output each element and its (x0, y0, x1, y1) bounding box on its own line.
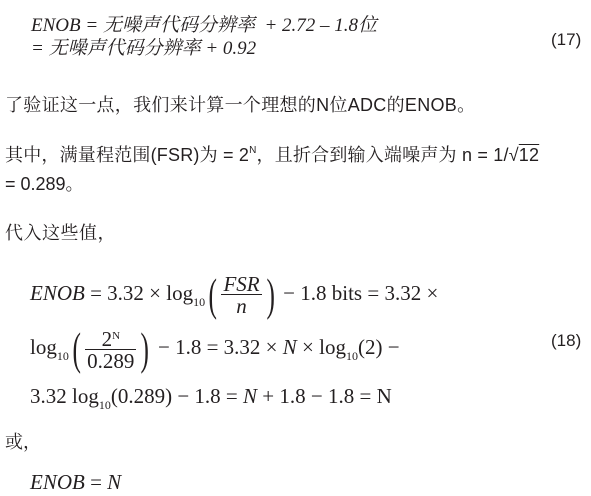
noise-free-code-resolution: 无噪声代码分辨率 (49, 38, 201, 59)
equation-number-17: (17) (551, 30, 581, 50)
right-paren: ) (141, 326, 149, 372)
paragraph-verify: 了验证这一点，我们来计算一个理想的N位ADC的ENOB。 (5, 94, 475, 116)
paragraph-substitute: 代入这些值， (5, 222, 116, 244)
left-paren: ( (72, 326, 80, 372)
paragraph-or: 或， (5, 431, 41, 453)
left-paren: ( (209, 272, 217, 318)
paragraph-fsr-line-1: 其中，满量程范围(FSR)为 = 2N，且折合到输入端噪声为 n = 1/√12 (5, 140, 539, 166)
equation-18-line-1: ENOB = 3.32 × log10(FSRn) − 1.8 bits = 3… (30, 272, 438, 318)
noise-free-code-resolution: 无噪声代码分辨率 (103, 15, 255, 36)
equation-17-line-2: = 无噪声代码分辨率 + 0.92 (31, 38, 256, 60)
sqrt-icon: √ (509, 145, 519, 165)
enob-label: ENOB (30, 470, 85, 494)
enob-label: ENOB (30, 281, 85, 305)
fraction-2n-over-0289: 2N0.289 (85, 326, 136, 372)
equation-17-line-1: ENOB = 无噪声代码分辨率 + 2.72 – 1.8位 (31, 15, 377, 37)
fraction-fsr-over-n: FSRn (221, 274, 261, 317)
equation-18-line-2: log10(2N0.289) − 1.8 = 3.32 × N × log10(… (30, 326, 400, 372)
equation-18-line-3: 3.32 log10(0.289) − 1.8 = N + 1.8 − 1.8 … (30, 383, 392, 418)
equation-number-18: (18) (551, 331, 581, 351)
right-paren: ) (266, 272, 274, 318)
equation-final: ENOB = N (30, 469, 121, 495)
paragraph-fsr-line-2: = 0.289。 (5, 173, 84, 195)
enob-label: ENOB (31, 15, 81, 36)
